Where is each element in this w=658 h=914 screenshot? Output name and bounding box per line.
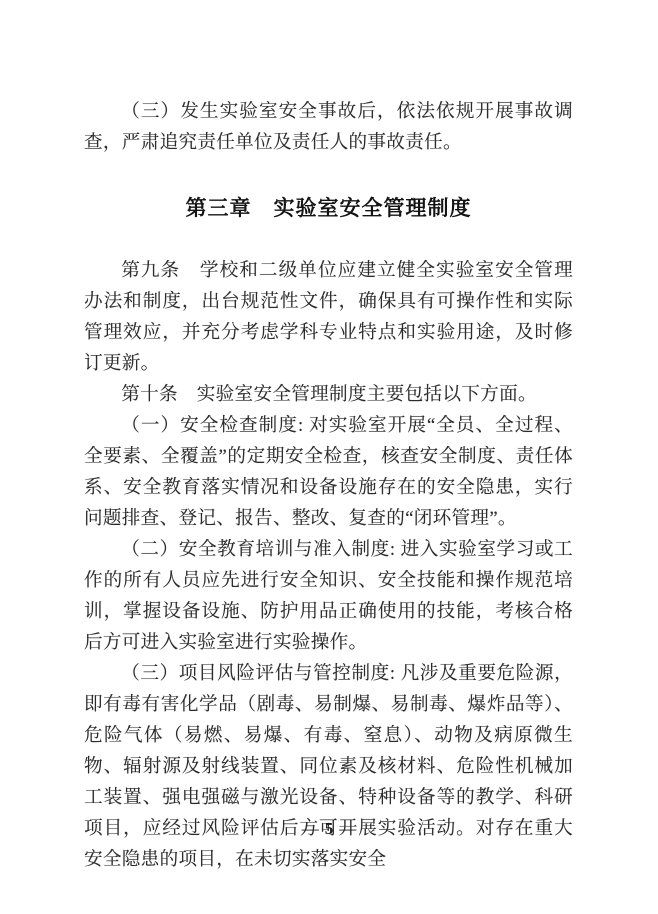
paragraph-item-2-education-training: （二）安全教育培训与准入制度: 进入实验室学习或工作的所有人员应先进行安全知识、… [84,534,573,658]
page-number: 5 [325,819,334,838]
paragraph-item-1-safety-inspection: （一）安全检查制度: 对实验室开展“全员、全过程、全要素、全覆盖”的定期安全检查… [84,410,573,534]
paragraph-article-9: 第九条 学校和二级单位应建立健全实验室安全管理办法和制度，出台规范性文件，确保具… [84,255,573,379]
page-footer: —5— [0,818,658,840]
paragraph-item-3-risk-assessment: （三）项目风险评估与管控制度: 凡涉及重要危险源，即有毒有害化学品（剧毒、易制爆… [84,658,573,875]
chapter-heading: 第三章 实验室安全管理制度 [84,192,573,225]
document-page: （三）发生实验室安全事故后，依法依规开展事故调查，严肃追究责任单位及责任人的事故… [0,0,658,914]
footer-dash-left: — [302,819,319,838]
paragraph-accident-investigation: （三）发生实验室安全事故后，依法依规开展事故调查，严肃追究责任单位及责任人的事故… [84,96,573,158]
paragraph-article-10: 第十条 实验室安全管理制度主要包括以下方面。 [84,379,573,410]
document-body: （三）发生实验室安全事故后，依法依规开展事故调查，严肃追究责任单位及责任人的事故… [84,96,573,875]
footer-dash-right: — [339,819,356,838]
